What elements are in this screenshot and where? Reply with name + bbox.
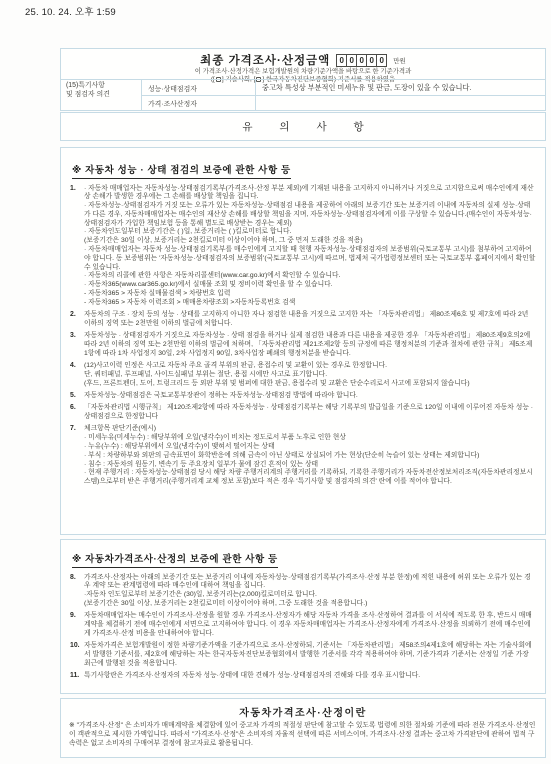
special-notes-label-line2: 및 점검자 의견 [66,91,141,100]
item-number: 1. [70,185,84,308]
price-appraisal-guarantee-section: ※ 자동차가격조사·산정의 보증에 관한 사항 등 8. 가격조사·산정자는 아… [60,539,546,694]
price-appraiser-label: 가격·조사산정자 [148,98,197,108]
item-number: 6. [70,404,84,422]
appraiser-label-cell: 가격·조사산정자 [141,95,255,110]
notice-item-10: 10. 자동차가격은 보험개발원이 정한 차량기준가액을 기준가격으로 조사·산… [70,642,536,668]
appraisal-summary-box: 최종 가격조사·산정금액 0 0 0 0 0 만원 이 가격조사·산정가격은 보… [60,48,546,111]
notice-line: · 자동차365(www.car365.go.kr)에서 실매물 조회 및 정비… [84,281,536,290]
notice-item-8: 8. 가격조사·산정자는 아래의 보증기간 또는 보증거리 이내에 자동차성능·… [70,574,536,609]
notice-line: · 자동차 매매업자는 자동차성능·상태점검기록부(가격조사·산정 부분 제외)… [84,185,536,203]
notice-item-4: 4. (12)사고이력 인정은 사고로 자동차 주요 골격 부위의 판금, 용접… [70,362,536,388]
notice-item-9: 9. 자동차매매업자는 매수인이 가격조사·산정을 원할 경우 가격조사·산정자… [70,612,536,638]
amount-unit-label: 만원 [393,56,406,65]
item-number: 10. [70,642,84,668]
notice-line: (후드, 프론트펜더, 도어, 트렁크리드 등 외판 부위 및 범퍼에 대한 판… [84,380,536,389]
inspection-guarantee-heading: ※ 자동차 성능 · 상태 점검의 보증에 관한 사항 등 [72,162,291,179]
inspector-label-cell: 성능·상태점검자 [141,80,255,95]
price-appraisal-guarantee-heading: ※ 자동차가격조사·산정의 보증에 관한 사항 등 [72,551,278,568]
item-number: 9. [70,612,84,638]
amount-digit-boxes: 0 0 0 0 0 [336,54,387,67]
notice-item-1: 1. · 자동차 매매업자는 자동차성능·상태점검기록부(가격조사·산정 부분 … [70,185,536,308]
special-notes-row-label: (15)특기사항 및 점검자 의견 [61,80,141,110]
notice-line: (보증기간은 30일 이상, 보증거리는 2천킬로미터 이상이어야 하며, 그 … [84,237,536,246]
notice-line: · 자동차성능·상태점검자가 거짓 또는 오류가 있는 자동차성능·상태점검 내… [84,202,536,228]
notice-title: 유 의 사 항 [230,119,375,134]
notice-line: 자동차매매업자는 매수인이 가격조사·산정을 원할 경우 가격조사·산정자가 해… [84,612,536,638]
amount-digit: 0 [376,54,387,67]
notice-line: · 자동차의 리콜에 관한 사항은 자동차리콜센터(www.car.go.kr)… [84,272,536,281]
appraiser-opinion-cell [255,95,545,110]
definition-title: 자동차가격조사·산정이란 [69,704,537,719]
performance-inspector-label: 성능·상태점검자 [148,83,197,93]
item-number: 3. [70,332,84,358]
notice-item-11: 11. 특기사항란은 가격조사·산정자의 자동차 성능·상태에 대한 견해가 성… [70,672,536,681]
notice-line: · 현재 주행거리 : 자동차성능·상태점검 당시 해당 차량 주행거리계의 주… [84,469,536,487]
performance-inspector-opinion: 중고차 특성상 부분적인 미세누유 및 판금, 도장이 있을 수 있습니다. [262,83,471,93]
notice-line: 특기사항란은 가격조사·산정자의 자동차 성능·상태에 대한 견해가 성능·상태… [84,672,536,681]
page-timestamp: 25. 10. 24. 오후 1:59 [25,4,116,18]
item-number: 7. [70,425,84,487]
notice-item-5: 5. 자동차성능·상태점검은 국토교통부장관이 정하는 자동차성능·상태점검 방… [70,392,536,401]
notice-line: 자동차가격은 보험개발원이 정한 차량기준가액을 기준가격으로 조사·산정하되,… [84,642,536,668]
appraisal-basis-note: 이 가격조사·산정가격은 보험개발원의 차량기준가액을 바탕으로 한 기준가격과 [61,68,545,76]
inspector-opinion-cell: 중고차 특성상 부분적인 미세누유 및 판금, 도장이 있을 수 있습니다. [255,80,545,95]
notice-line: 자동차의 구조 · 장치 등의 성능 · 상태를 고지하지 아니한 자나 점검한… [84,311,536,329]
notice-line: · 자동차매매업자는 자동차 성능·상태점검기록부를 매수인에게 고지할 때 현… [84,246,536,272]
notice-line: - 자동차365 > 자동차 실매물검색 > 차량번호 입력 [84,290,536,299]
notice-item-3: 3. 자동차성능 · 상태점검자가 거짓으로 자동차성능 · 상태 점검을 하거… [70,332,536,358]
item-number: 11. [70,672,84,681]
notice-line: 단, 쿼터패널, 루프패널, 사이드실패널 부위는 절단, 용접 시에만 사고로… [84,371,536,380]
notice-item-2: 2. 자동차의 구조 · 장치 등의 성능 · 상태를 고지하지 아니한 자나 … [70,311,536,329]
notice-line: · 미세누유(미세누수) : 해당부위에 오일(냉각수)이 비치는 정도로서 부… [84,434,536,443]
scanned-vehicle-inspection-document: { "header": { "timestamp": "25. 10. 24. … [0,0,551,764]
final-appraisal-amount-title: 최종 가격조사·산정금액 [200,52,330,68]
notice-line: - 자동차365 > 자동차 이력조회 > 매매용차량조회 >자동차등록번호 검… [84,299,536,308]
item-number: 5. [70,392,84,401]
notice-line: 가격조사·산정자는 아래의 보증기간 또는 보증거리 이내에 자동차성능·상태점… [84,574,536,592]
notice-line: (12)사고이력 인정은 사고로 자동차 주요 골격 부위의 판금, 용접수리 … [84,362,536,371]
inspection-guarantee-section: ※ 자동차 성능 · 상태 점검의 보증에 관한 사항 등 1. · 자동차 매… [60,147,546,535]
item-number: 4. [70,362,84,388]
notice-line: 체크항목 판단기준(예시) [84,425,536,434]
notice-line: 자동차성능 · 상태점검자가 거짓으로 자동차성능 · 상태 점검을 하거나 실… [84,332,536,358]
notice-title-box: 유 의 사 항 [60,112,546,141]
notice-line: ·자동차 인도일로부터 보증기간은 (30)일, 보증거리는(2,000)킬로미… [84,591,536,600]
notice-line: (보증기간은 30일 이상, 보증거리는 2천킬로미터 이상이어야 하며, 그중… [84,600,536,609]
notice-item-7: 7. 체크항목 판단기준(예시) · 미세누유(미세누수) : 해당부위에 오일… [70,425,536,487]
item-number: 8. [70,574,84,609]
price-appraisal-definition-box: 자동차가격조사·산정이란 ※ "가격조사·산정" 은 소비자가 매매계약을 체결… [60,698,546,758]
notice-line: 「자동차관리법 시행규칙」 제120조제2항에 따라 자동차성능 · 상태점검기… [84,404,536,422]
definition-body: ※ "가격조사·산정" 은 소비자가 매매계약을 체결함에 있어 중고차 가격의… [69,722,537,748]
notice-line: · 부식 : 차량하부와 외판의 금속표면이 화학반응에 의해 금속이 아닌 상… [84,452,536,461]
special-notes-table: (15)특기사항 및 점검자 의견 성능·상태점검자 중고차 특성상 부분적인 … [61,79,545,110]
notice-line: 자동차성능·상태점검은 국토교통부장관이 정하는 자동차성능·상태점검 방법에 … [84,392,536,401]
special-notes-label-line1: (15)특기사항 [66,82,141,91]
notice-item-6: 6. 「자동차관리법 시행규칙」 제120조제2항에 따라 자동차성능 · 상태… [70,404,536,422]
item-number: 2. [70,311,84,329]
notice-line: · 자동차인도일부터 보증기간은 ( )일, 보증거리는 ( )킬로미터로 합니… [84,228,536,237]
notice-line: · 누유(누수) : 해당부위에서 오일(냉각수)이 맺혀서 떨어지는 상태 [84,443,536,452]
